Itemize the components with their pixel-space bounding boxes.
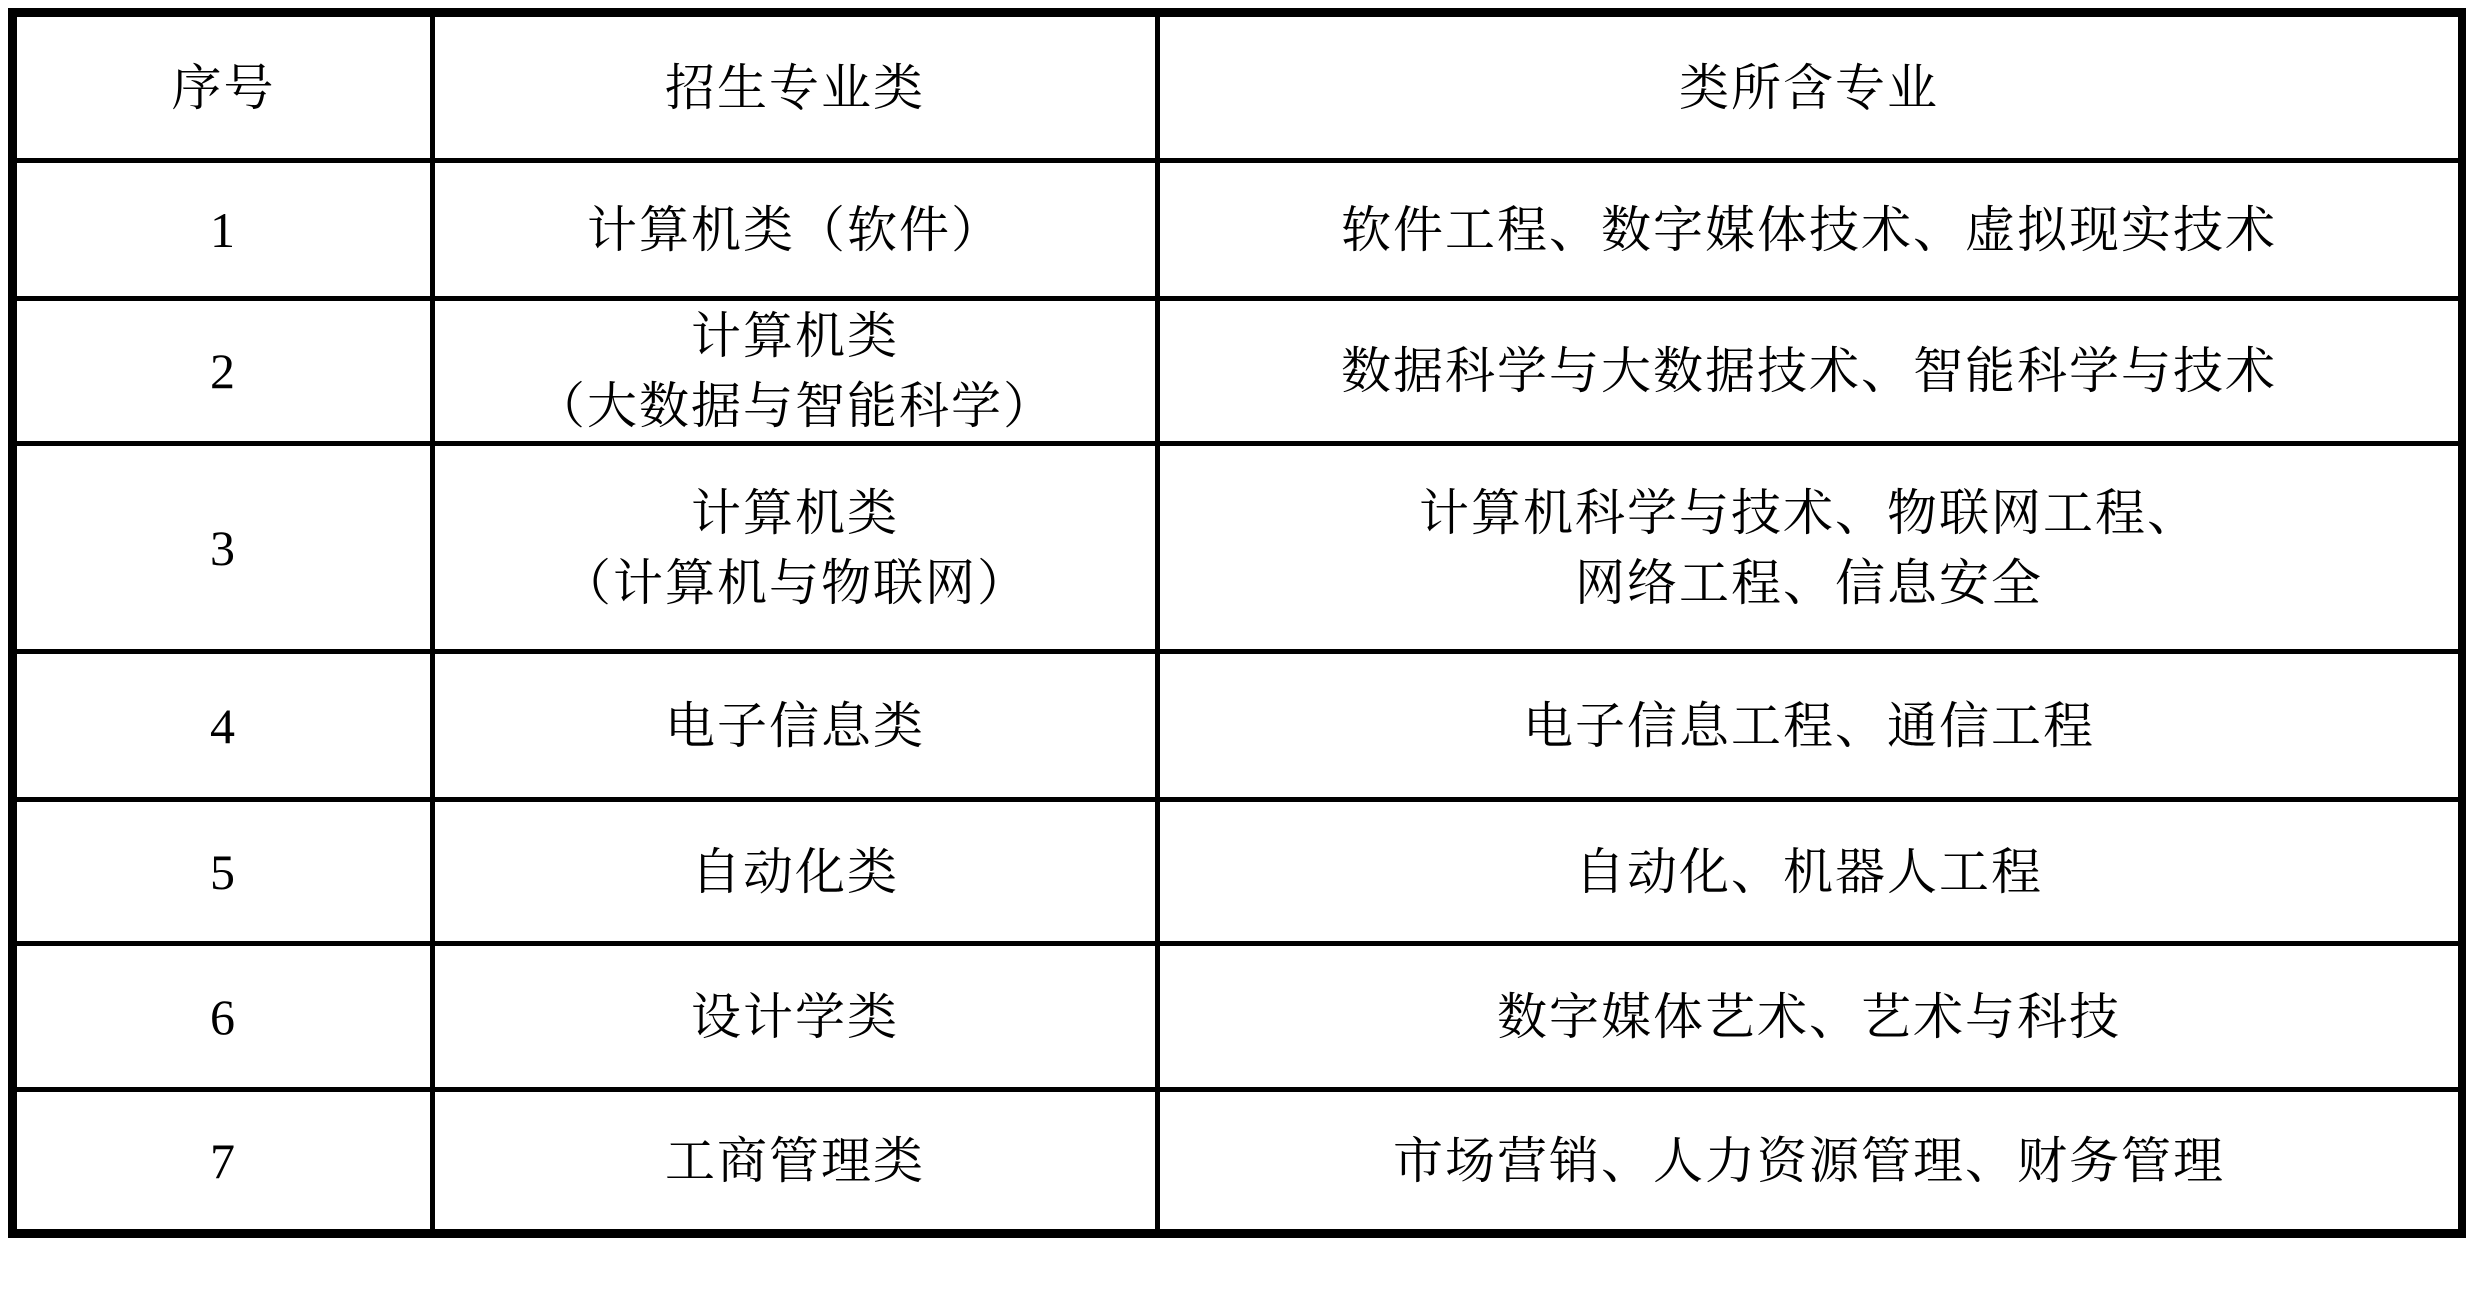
table-row: 3 计算机类 （计算机与物联网） 计算机科学与技术、物联网工程、 网络工程、信息… (13, 444, 2463, 652)
cell-serial-number: 5 (13, 800, 433, 944)
cell-majors: 市场营销、人力资源管理、财务管理 (1158, 1090, 2463, 1234)
cell-serial-number: 1 (13, 161, 433, 299)
cell-majors: 数据科学与大数据技术、智能科学与技术 (1158, 299, 2463, 444)
cell-majors: 电子信息工程、通信工程 (1158, 652, 2463, 800)
cell-category: 计算机类 （大数据与智能科学） (433, 299, 1158, 444)
header-enrollment-category: 招生专业类 (433, 13, 1158, 161)
cell-category: 计算机类 （计算机与物联网） (433, 444, 1158, 652)
enrollment-majors-table: 序号 招生专业类 类所含专业 1 计算机类（软件） 软件工程、数字媒体技术、虚拟… (8, 8, 2466, 1238)
table-row: 6 设计学类 数字媒体艺术、艺术与科技 (13, 944, 2463, 1090)
cell-serial-number: 6 (13, 944, 433, 1090)
header-serial-number: 序号 (13, 13, 433, 161)
cell-majors: 自动化、机器人工程 (1158, 800, 2463, 944)
cell-majors: 数字媒体艺术、艺术与科技 (1158, 944, 2463, 1090)
cell-category: 设计学类 (433, 944, 1158, 1090)
table-row: 1 计算机类（软件） 软件工程、数字媒体技术、虚拟现实技术 (13, 161, 2463, 299)
table-header-row: 序号 招生专业类 类所含专业 (13, 13, 2463, 161)
table-row: 4 电子信息类 电子信息工程、通信工程 (13, 652, 2463, 800)
cell-majors: 软件工程、数字媒体技术、虚拟现实技术 (1158, 161, 2463, 299)
cell-category: 电子信息类 (433, 652, 1158, 800)
table-row: 2 计算机类 （大数据与智能科学） 数据科学与大数据技术、智能科学与技术 (13, 299, 2463, 444)
cell-category: 工商管理类 (433, 1090, 1158, 1234)
cell-serial-number: 4 (13, 652, 433, 800)
cell-majors: 计算机科学与技术、物联网工程、 网络工程、信息安全 (1158, 444, 2463, 652)
cell-serial-number: 7 (13, 1090, 433, 1234)
cell-category: 自动化类 (433, 800, 1158, 944)
table-row: 7 工商管理类 市场营销、人力资源管理、财务管理 (13, 1090, 2463, 1234)
header-included-majors: 类所含专业 (1158, 13, 2463, 161)
cell-serial-number: 3 (13, 444, 433, 652)
cell-serial-number: 2 (13, 299, 433, 444)
cell-category: 计算机类（软件） (433, 161, 1158, 299)
table-row: 5 自动化类 自动化、机器人工程 (13, 800, 2463, 944)
